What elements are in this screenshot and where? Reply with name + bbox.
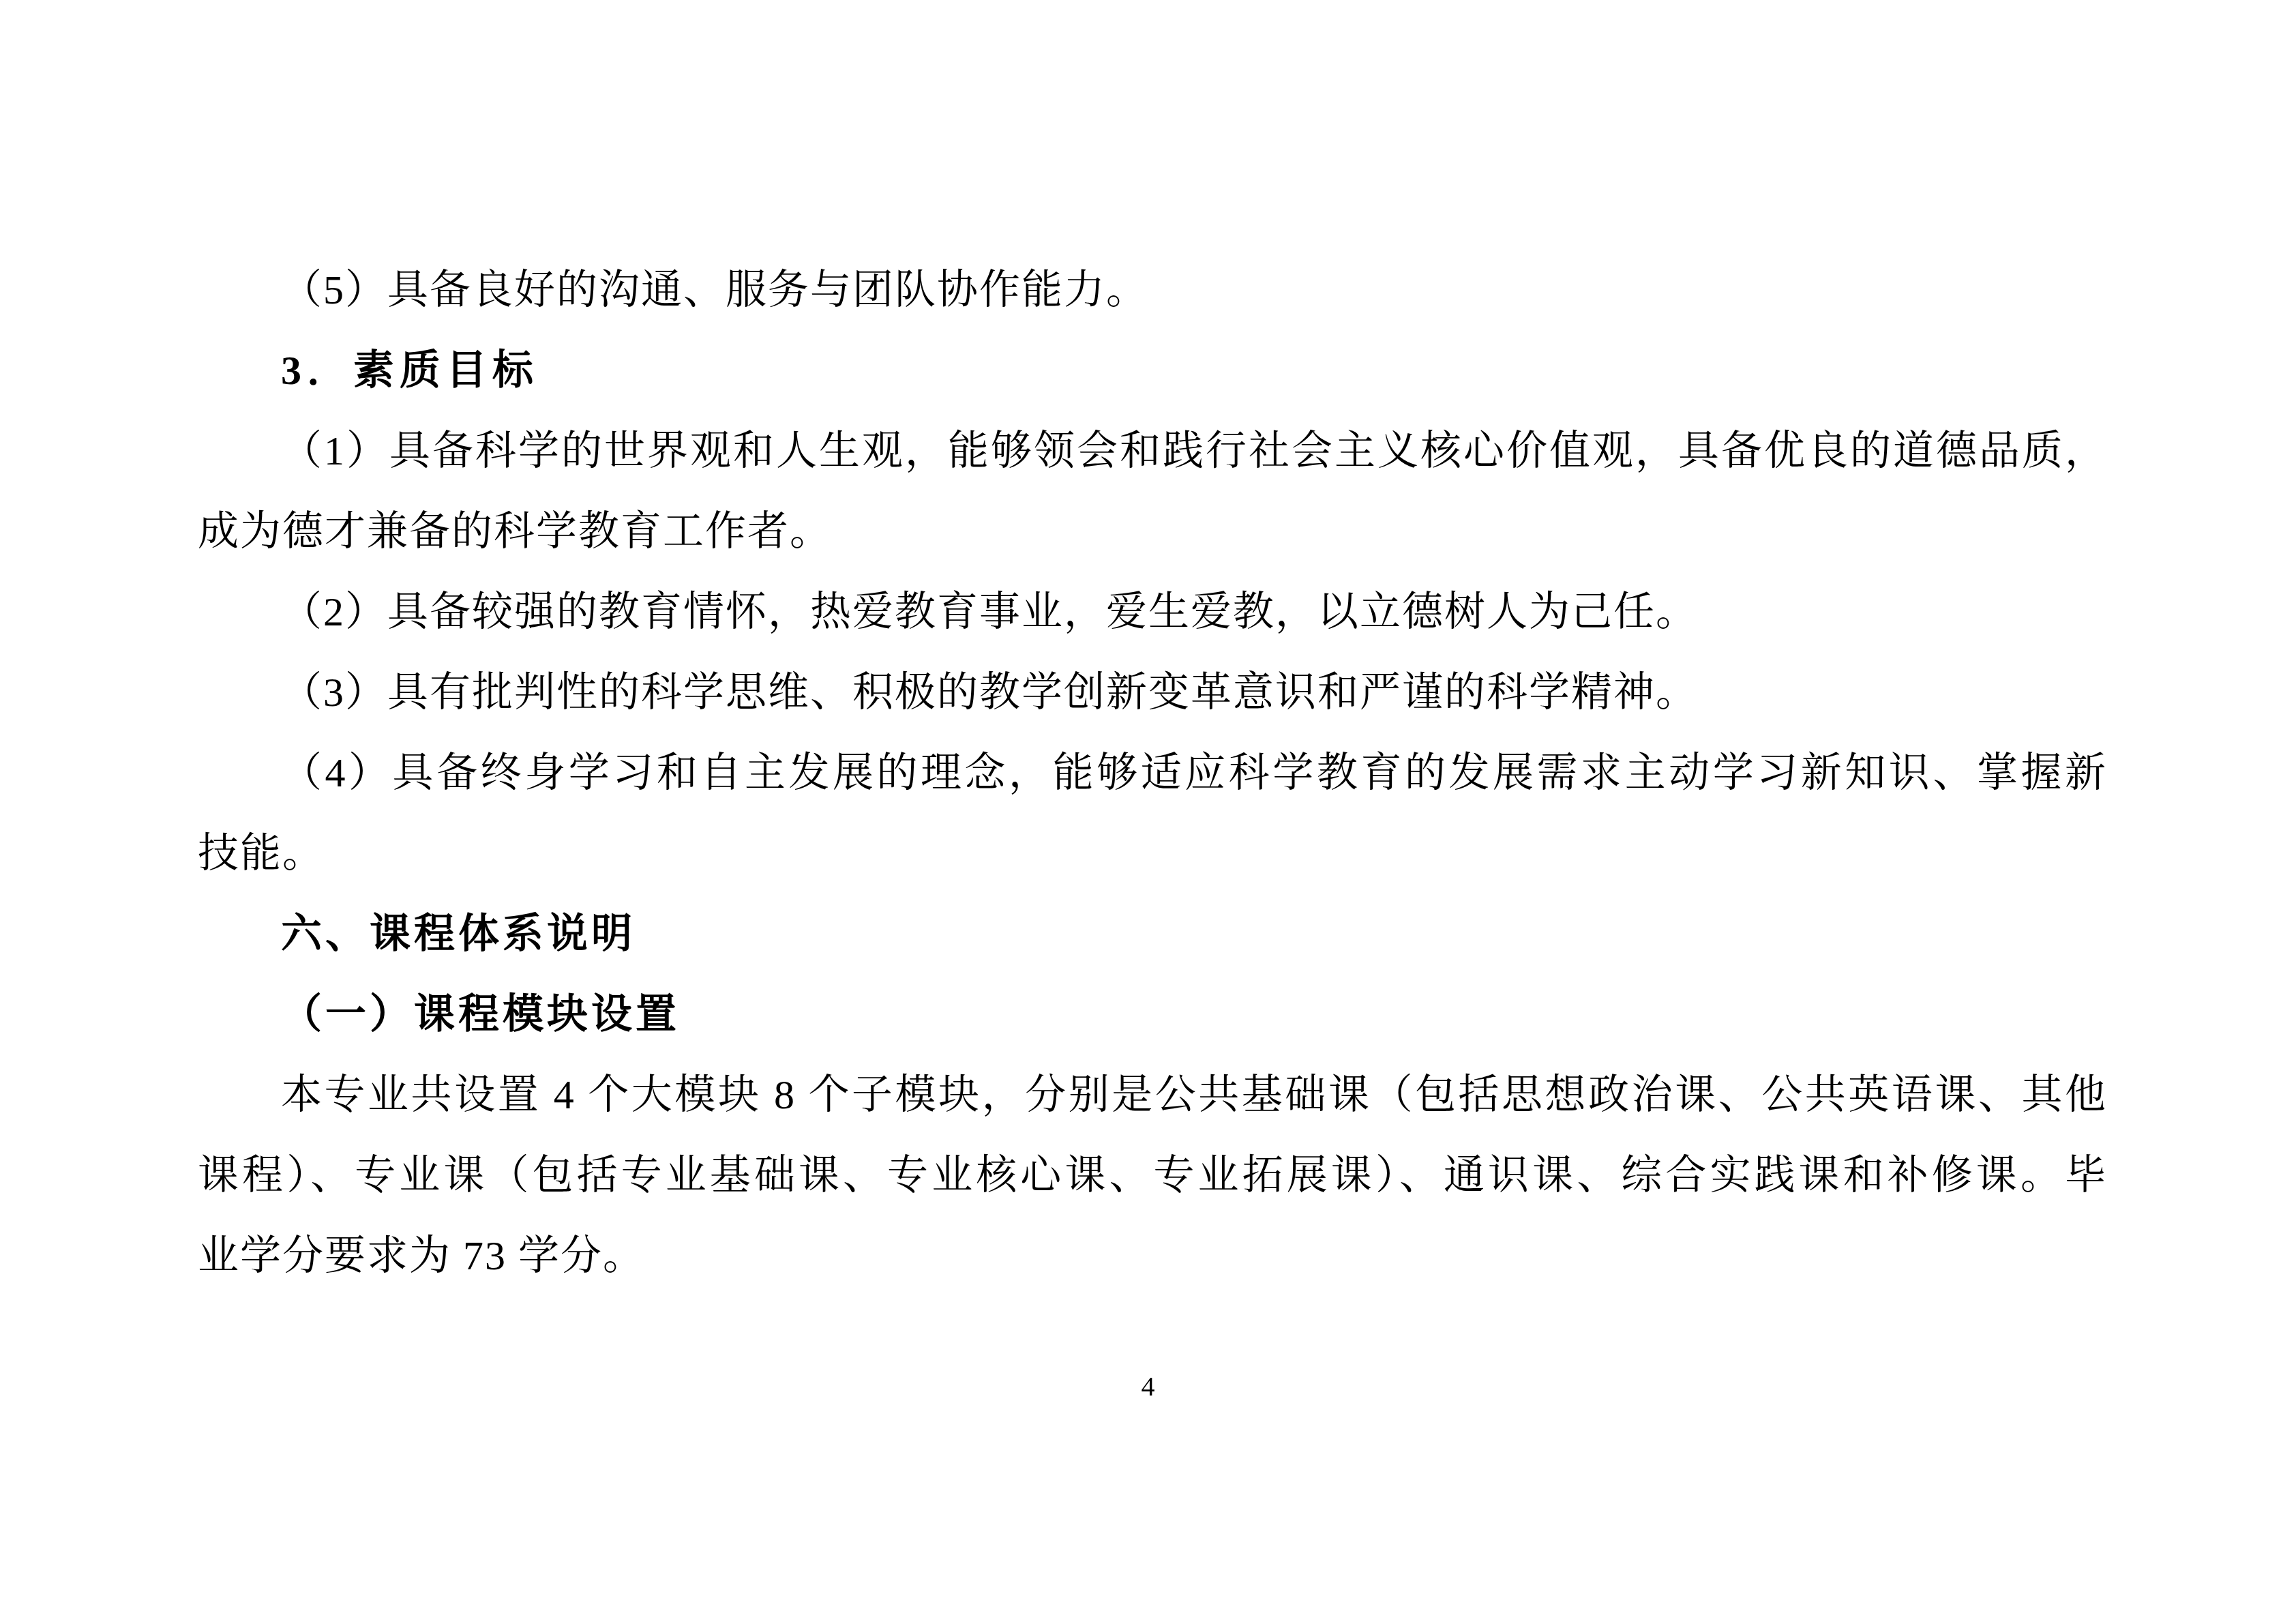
body-line-modules-2: 课程）、专业课（包括专业基础课、专业核心课、专业拓展课）、通识课、综合实践课和补… [198, 1135, 2107, 1215]
body-line-item-1-cont: 成为德才兼备的科学教育工作者。 [198, 491, 2107, 572]
document-page: （5）具备良好的沟通、服务与团队协作能力。 3．素质目标 （1）具备科学的世界观… [0, 0, 2296, 1624]
body-line-modules-1: 本专业共设置 4 个大模块 8 个子模块，分别是公共基础课（包括思想政治课、公共… [198, 1054, 2107, 1135]
body-line-item-3: （3）具有批判性的科学思维、积极的教学创新变革意识和严谨的科学精神。 [198, 652, 2107, 733]
heading-course-modules: （一）课程模块设置 [198, 974, 2107, 1054]
body-line-item-4: （4）具备终身学习和自主发展的理念，能够适应科学教育的发展需求主动学习新知识、掌… [198, 733, 2107, 813]
body-line-item-1: （1）具备科学的世界观和人生观，能够领会和践行社会主义核心价值观，具备优良的道德… [198, 411, 2107, 491]
text-block: （5）具备良好的沟通、服务与团队协作能力。 3．素质目标 （1）具备科学的世界观… [198, 250, 2107, 1296]
heading-quality-objectives: 3．素质目标 [198, 330, 2107, 411]
body-line-item-4-cont: 技能。 [198, 813, 2107, 894]
body-line-item-5: （5）具备良好的沟通、服务与团队协作能力。 [198, 250, 2107, 330]
page-number: 4 [0, 1370, 2296, 1404]
body-line-modules-3: 业学分要求为 73 学分。 [198, 1215, 2107, 1296]
heading-course-system: 六、课程体系说明 [198, 894, 2107, 974]
body-line-item-2: （2）具备较强的教育情怀，热爱教育事业，爱生爱教，以立德树人为己任。 [198, 572, 2107, 652]
